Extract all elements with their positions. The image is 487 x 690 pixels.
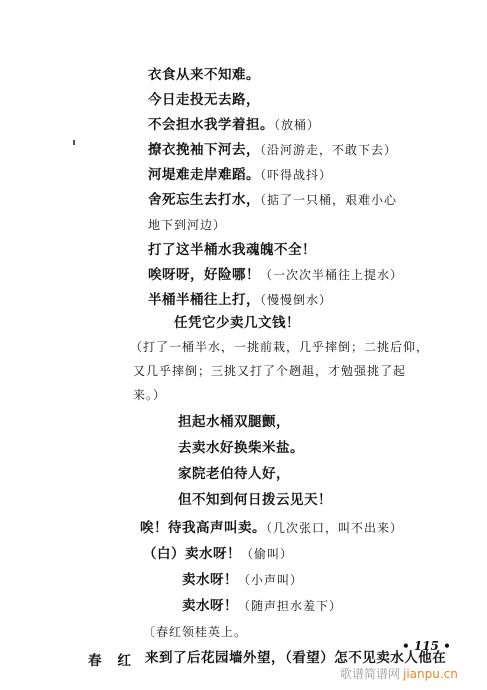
stage-direction: （小声叫） [238, 573, 303, 587]
page-number: • 115 • [402, 639, 451, 653]
stage-direction: （沿河游走，不敢下去） [260, 143, 397, 157]
stage-direction: （偷叫） [241, 547, 293, 561]
lyric-line: 卖水呀！（小声叫） [182, 571, 303, 589]
lyric-line: 去卖水好换柴米盐。 [178, 439, 304, 457]
lyric-line: 舍死忘生去打水，（掂了一只桶，艰难小心 [148, 191, 397, 209]
lyric-line: 任凭它少卖几文钱！ [174, 314, 300, 332]
lyric-line: 唉！待我高声叫卖。（几次张口，叫不出来） [140, 519, 403, 537]
lyric-line: 但不知到何日拨云见天！ [178, 491, 332, 509]
stage-line: （打了一桶半水，一挑前栽，几乎摔倒；二挑后仰， [130, 338, 429, 356]
lyric-line: 卖水呀！（随声担水羞下） [182, 597, 342, 615]
stage-line: 又几乎摔倒；三挑又打了个趔趄，才勉强挑了起 [133, 362, 406, 380]
lyric-line: 家院老伯待人好， [178, 465, 290, 483]
lyric-line: 打了这半桶水我魂魄不全！ [148, 241, 316, 259]
stage-direction: （随声担水羞下） [238, 599, 342, 613]
stage-direction: （吓得战抖） [260, 168, 332, 182]
stage-direction: （一次次半桶往上提水） [260, 268, 403, 282]
watermark: 歌谱简谱网jianpu.cn [340, 665, 458, 682]
stage-direction: （慢慢倒水） [260, 293, 332, 307]
stage-line: 来。） [133, 386, 166, 404]
lyric-line: 不会担水我学着担。（放桶） [148, 116, 320, 134]
stage-direction: （几次张口，叫不出来） [266, 521, 403, 535]
lyric-line: 撩衣挽袖下河去，（沿河游走，不敢下去） [148, 141, 397, 159]
lyric-line: 担起水桶双腿颤， [178, 413, 290, 431]
lyric-line: 今日走投无去路， [148, 91, 260, 109]
speaker-name: 春红 [88, 649, 147, 669]
lyric-line: 衣食从来不知难。 [148, 66, 260, 84]
stage-direction: （掂了一只桶，艰难小心 [260, 193, 397, 207]
lyric-line: （白）卖水呀！（偷叫） [143, 545, 293, 563]
stage-direction: （放桶） [274, 118, 320, 132]
stage-line: 〔春红领桂英上。 [143, 623, 247, 641]
lyric-line: 地下到河边） [148, 216, 226, 234]
lyric-line: 半桶半桶往上打，（慢慢倒水） [148, 291, 332, 309]
lyric-line: 唉呀呀，好险哪！（一次次半桶往上提水） [148, 266, 403, 284]
margin-mark [73, 140, 75, 145]
lyric-line: 河堤难走岸难蹈。（吓得战抖） [148, 166, 332, 184]
